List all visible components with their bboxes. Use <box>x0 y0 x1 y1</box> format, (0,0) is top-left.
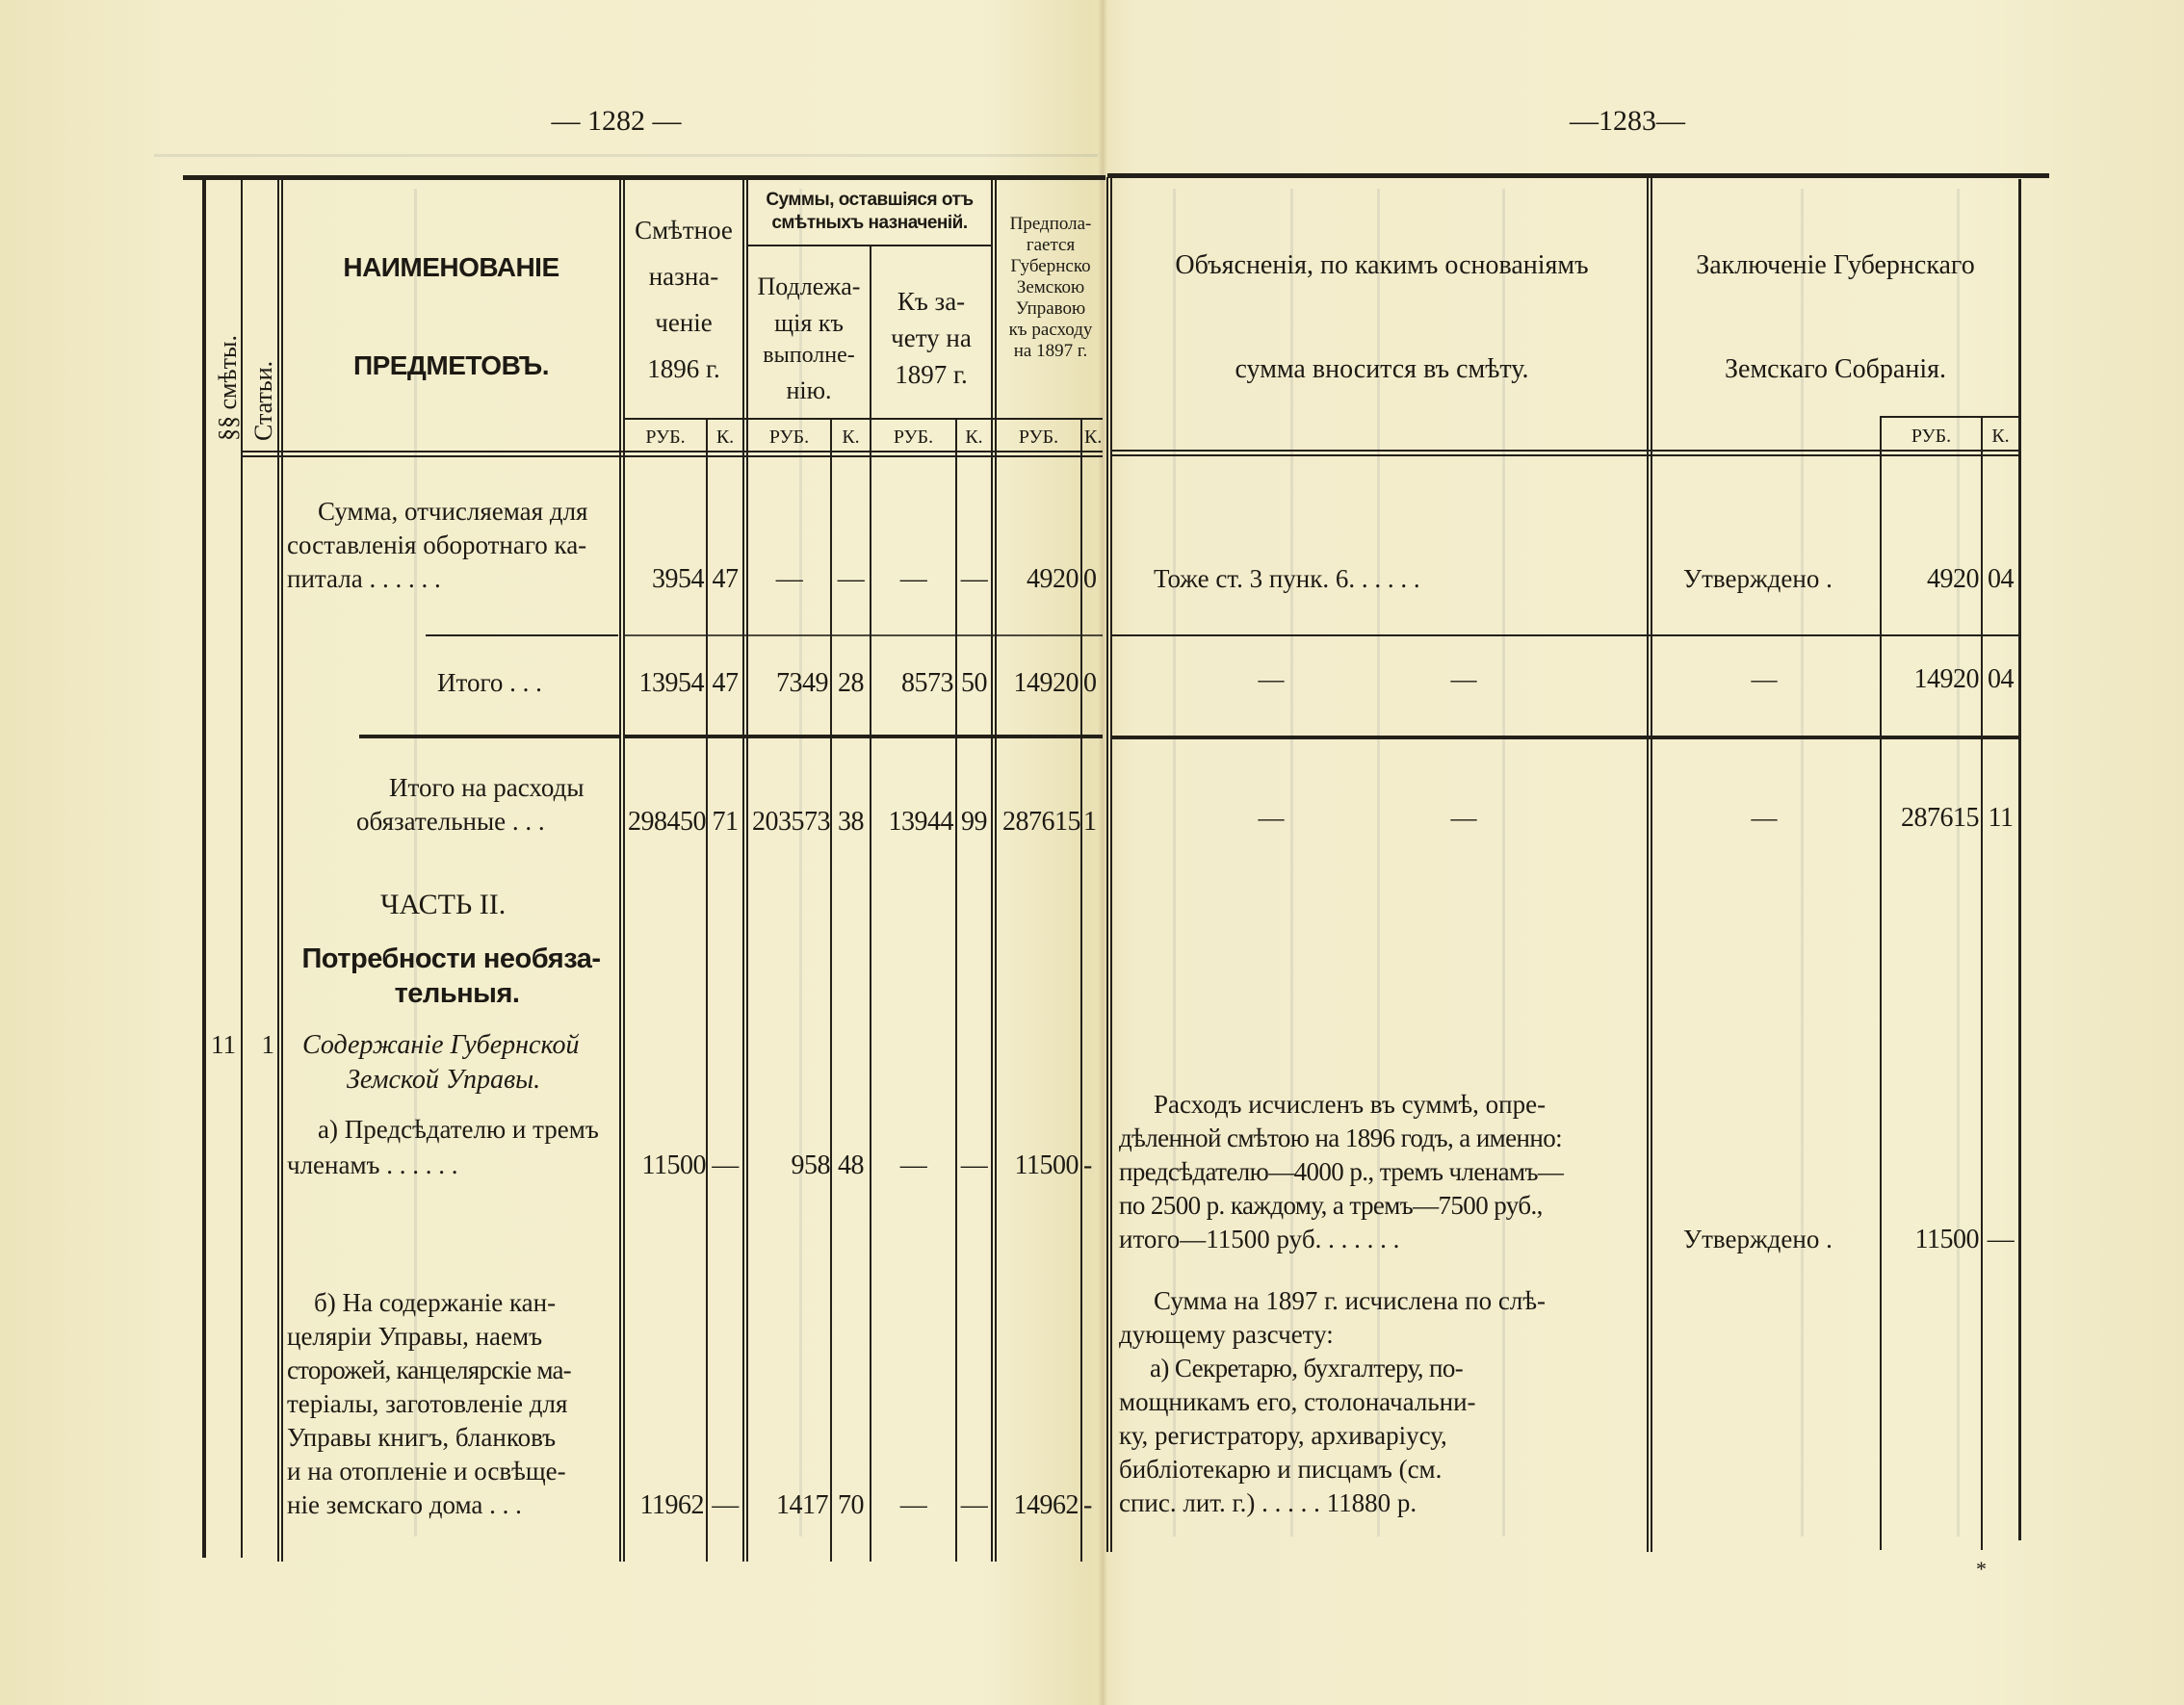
header-execute-l3: выполне- <box>748 339 870 373</box>
header-name-line2: ПРЕДМЕТОВЪ. <box>283 349 619 382</box>
header-remaining-l1: Суммы, оставшіяся отъ <box>748 189 991 212</box>
row1-credit-kop: 50 <box>957 666 991 700</box>
row1-credit-rub: 8573 <box>871 666 953 700</box>
header-bottom-rule <box>1112 450 2020 452</box>
row1-execute-rub: 7349 <box>748 666 828 700</box>
r-row3-kop: — <box>1983 1223 2018 1256</box>
row5-execute-rub: 958 <box>748 1149 830 1182</box>
header-section-label: §§ смѣты. <box>214 335 243 441</box>
r-row3-conclusion: Утверждено . <box>1683 1223 1833 1256</box>
item-heading-l2: Земской Управы. <box>347 1063 540 1097</box>
header-proposed-l2: гается <box>997 235 1105 256</box>
header-credit-l3: 1897 г. <box>871 358 991 392</box>
row1-proposed-kop: 0 <box>1083 666 1103 700</box>
row6-credit-rub: — <box>871 1488 955 1522</box>
row6-proposed-kop: - <box>1083 1488 1103 1522</box>
r-row1-kop: 04 <box>1983 662 2018 696</box>
row1-estimate-kop: 47 <box>708 666 742 700</box>
row6-name-l2: целяріи Управы, наемъ <box>287 1320 542 1354</box>
unit-kop: К. <box>1983 425 2018 448</box>
header-credit-l2: чету на <box>871 322 991 355</box>
row2-name-l1: Итого на расходы <box>389 771 584 805</box>
row6-name-l1: б) На содержаніе кан- <box>314 1286 556 1320</box>
header-execute-l2: щія къ <box>748 306 870 340</box>
row2-proposed-kop: 1 <box>1083 805 1103 839</box>
r-row1-dash2: — <box>1444 662 1483 696</box>
header-execute-l4: нію. <box>748 374 870 407</box>
column-divider <box>619 179 621 1562</box>
row5-credit-rub: — <box>871 1149 955 1182</box>
footnote-asterisk: * <box>1976 1552 1987 1586</box>
header-unit-rule <box>625 418 1103 420</box>
row5-proposed-kop: - <box>1083 1149 1103 1182</box>
header-conclusion-l1: Заключеніе Губернскаго <box>1652 248 2018 282</box>
unit-rub: РУБ. <box>625 426 706 449</box>
header-remaining-l2: смѣтныхъ назначеній. <box>748 212 991 235</box>
total-rule <box>359 735 619 738</box>
r-row4-expl-l4: мощникамъ его, столоначальни- <box>1119 1385 1476 1419</box>
header-credit-l1: Къ за- <box>871 285 991 319</box>
r-row2-dash1: — <box>1252 801 1290 835</box>
section-number: 11 <box>206 1028 241 1062</box>
row0-estimate-kop: 47 <box>708 562 742 596</box>
row6-proposed-rub: 14962 <box>997 1488 1079 1522</box>
row5-name-l1: а) Предсѣдателю и тремъ <box>318 1113 599 1147</box>
table-left-border <box>202 179 206 1558</box>
r-row4-expl-l2: дующему разсчету: <box>1119 1318 1334 1352</box>
row5-execute-kop: 48 <box>832 1149 870 1182</box>
column-divider <box>995 179 997 1562</box>
table-top-rule <box>183 175 1105 180</box>
r-row4-expl-l3: а) Секретарю, бухгалтеру, по- <box>1150 1352 1463 1385</box>
total-rule <box>625 735 1103 738</box>
header-bottom-rule <box>243 455 1103 457</box>
header-proposed-l5: Управою <box>997 298 1105 320</box>
bleed-through-line <box>1801 189 1804 1537</box>
row6-name-l6: и на отопленіе и освѣще- <box>287 1455 566 1488</box>
row0-proposed-kop: 0 <box>1083 562 1103 596</box>
header-execute-l1: Подлежа- <box>748 270 870 303</box>
header-explanation-l1: Объясненія, по какимъ основаніямъ <box>1117 248 1647 282</box>
unit-kop: К. <box>708 426 742 449</box>
row2-credit-kop: 99 <box>957 805 991 839</box>
row0-credit-kop: — <box>957 562 991 596</box>
row6-name-l5: Управы книгъ, бланковъ <box>287 1421 556 1455</box>
row0-name-l2: составленія оборотнаго ка- <box>287 529 586 562</box>
row5-estimate-rub: 11500 <box>625 1149 706 1182</box>
part-title: ЧАСТЬ II. <box>380 888 506 921</box>
header-proposed-l1: Предпола- <box>997 214 1105 235</box>
column-divider <box>1080 420 1082 1562</box>
subtotal-rule <box>1112 634 2020 636</box>
row5-name-l2: членамъ . . . . . . <box>287 1149 458 1182</box>
row0-name-l3: питала . . . . . . <box>287 562 441 596</box>
row2-estimate-kop: 71 <box>708 805 742 839</box>
table-left-border <box>1110 177 1112 1552</box>
row5-estimate-kop: — <box>708 1149 742 1182</box>
header-bottom-rule <box>243 451 1103 452</box>
row6-credit-kop: — <box>957 1488 991 1522</box>
r-row4-expl-l7: спис. лит. г.) . . . . . 11880 р. <box>1119 1486 1417 1520</box>
subtotal-rule <box>625 634 1103 636</box>
column-divider <box>991 179 993 1562</box>
r-row3-expl-l4: по 2500 р. каждому, а тремъ—7500 руб., <box>1119 1189 1543 1223</box>
row1-execute-kop: 28 <box>832 666 870 700</box>
row0-execute-rub: — <box>748 562 830 596</box>
r-row2-dash2: — <box>1444 801 1483 835</box>
part-subtitle-l2: тельныя. <box>289 976 625 1011</box>
table-right-border <box>2018 179 2021 1540</box>
part-subtitle-l1: Потребности необяза- <box>283 942 619 976</box>
row6-name-l3: сторожей, канцелярскіе ма- <box>287 1354 571 1387</box>
page-number-right: —1283— <box>1502 104 1753 138</box>
unit-rub: РУБ. <box>748 426 830 449</box>
r-row2-kop: 11 <box>1983 801 2018 835</box>
unit-kop: К. <box>957 426 991 449</box>
r-row4-expl-l6: библіотекарю и писцамъ (см. <box>1119 1453 1442 1486</box>
unit-rub: РУБ. <box>997 426 1080 449</box>
row5-credit-kop: — <box>957 1149 991 1182</box>
header-proposed-l3: Губернско <box>997 256 1105 277</box>
table-top-rule <box>1107 173 2049 178</box>
header-article-label: Статьи. <box>249 361 278 441</box>
header-estimate-l4: 1896 г. <box>625 352 742 386</box>
header-name-line1: НАИМЕНОВАНІЕ <box>283 250 619 284</box>
column-divider <box>742 179 744 1562</box>
row1-estimate-rub: 13954 <box>625 666 704 700</box>
bleed-through-line <box>1377 189 1380 1537</box>
row0-proposed-rub: 4920 <box>997 562 1079 596</box>
header-unit-rule <box>1880 416 2020 418</box>
table-left-border <box>1106 177 1108 1552</box>
row6-execute-kop: 70 <box>832 1488 870 1522</box>
r-row1-dash1: — <box>1252 662 1290 696</box>
total-rule <box>1112 736 2020 739</box>
r-row4-expl-l5: ку, регистратору, архиваріусу, <box>1119 1419 1447 1453</box>
article-number: 1 <box>243 1028 274 1062</box>
unit-kop: К. <box>1084 426 1102 449</box>
bleed-through-line <box>1957 189 1960 1537</box>
row2-execute-rub: 203573 <box>748 805 830 839</box>
r-row3-expl-l2: дѣленной смѣтою на 1896 годъ, а именно: <box>1119 1122 1562 1155</box>
row6-execute-rub: 1417 <box>748 1488 828 1522</box>
row6-estimate-kop: — <box>708 1488 742 1522</box>
row0-estimate-rub: 3954 <box>625 562 704 596</box>
row1-proposed-rub: 14920 <box>997 666 1079 700</box>
header-proposed-l6: къ расходу <box>997 320 1105 341</box>
r-row0-explanation: Тоже ст. 3 пунк. 6. . . . . . <box>1154 562 1420 596</box>
row2-credit-rub: 13944 <box>871 805 953 839</box>
row0-execute-kop: — <box>832 562 870 596</box>
r-row0-conclusion: Утверждено . <box>1683 562 1833 596</box>
row0-name-l1: Сумма, отчисляемая для <box>318 495 587 529</box>
subtotal-rule <box>426 634 618 636</box>
bleed-through-line <box>154 154 1098 157</box>
unit-rub: РУБ. <box>871 426 955 449</box>
header-estimate-l2: назна- <box>625 260 742 294</box>
header-estimate-l1: Смѣтное <box>625 214 742 247</box>
header-sub-rule <box>748 245 991 246</box>
header-explanation-l2: сумма вносится въ смѣту. <box>1117 352 1647 386</box>
row2-name-l2: обязательные . . . <box>356 805 545 839</box>
column-divider <box>1647 177 1649 1552</box>
r-row1-rub: 14920 <box>1882 662 1979 696</box>
header-proposed-l7: на 1897 г. <box>997 341 1105 362</box>
row2-execute-kop: 38 <box>832 805 870 839</box>
row0-credit-rub: — <box>871 562 955 596</box>
r-row4-expl-l1: Сумма на 1897 г. исчислена по слѣ- <box>1154 1284 1546 1318</box>
header-conclusion-l2: Земскаго Собранія. <box>1652 352 2018 386</box>
header-proposed-l4: Земскою <box>997 277 1105 298</box>
r-row1-conclusion: — <box>1745 662 1783 696</box>
unit-rub: РУБ. <box>1882 425 1981 448</box>
r-row3-rub: 11500 <box>1882 1223 1979 1256</box>
r-row0-rub: 4920 <box>1882 562 1979 596</box>
row5-proposed-rub: 11500 <box>997 1149 1079 1182</box>
row2-estimate-rub: 298450 <box>625 805 706 839</box>
header-estimate-l3: ченіе <box>625 306 742 340</box>
page-number-left: — 1282 — <box>462 104 770 138</box>
column-divider <box>623 179 625 1562</box>
header-bottom-rule <box>1112 454 2020 456</box>
r-row3-expl-l3: предсѣдателю—4000 р., тремъ членамъ— <box>1119 1155 1563 1189</box>
row6-estimate-rub: 11962 <box>625 1488 704 1522</box>
r-row3-expl-l5: итого—11500 руб. . . . . . . <box>1119 1223 1399 1256</box>
unit-kop: К. <box>832 426 870 449</box>
row6-name-l7: ніе земскаго дома . . . <box>287 1488 522 1522</box>
column-divider <box>281 179 283 1562</box>
row6-name-l4: теріалы, заготовленіе для <box>287 1387 567 1421</box>
row1-name: Итого . . . <box>437 666 542 700</box>
r-row3-expl-l1: Расходъ исчисленъ въ суммѣ, опре- <box>1154 1088 1546 1122</box>
row2-proposed-rub: 287615 <box>997 805 1080 839</box>
item-heading-l1: Содержаніе Губернской <box>302 1028 580 1062</box>
r-row2-rub: 287615 <box>1882 801 1979 835</box>
r-row0-kop: 04 <box>1983 562 2018 596</box>
bleed-through-line <box>1502 189 1505 1537</box>
r-row2-conclusion: — <box>1745 801 1783 835</box>
